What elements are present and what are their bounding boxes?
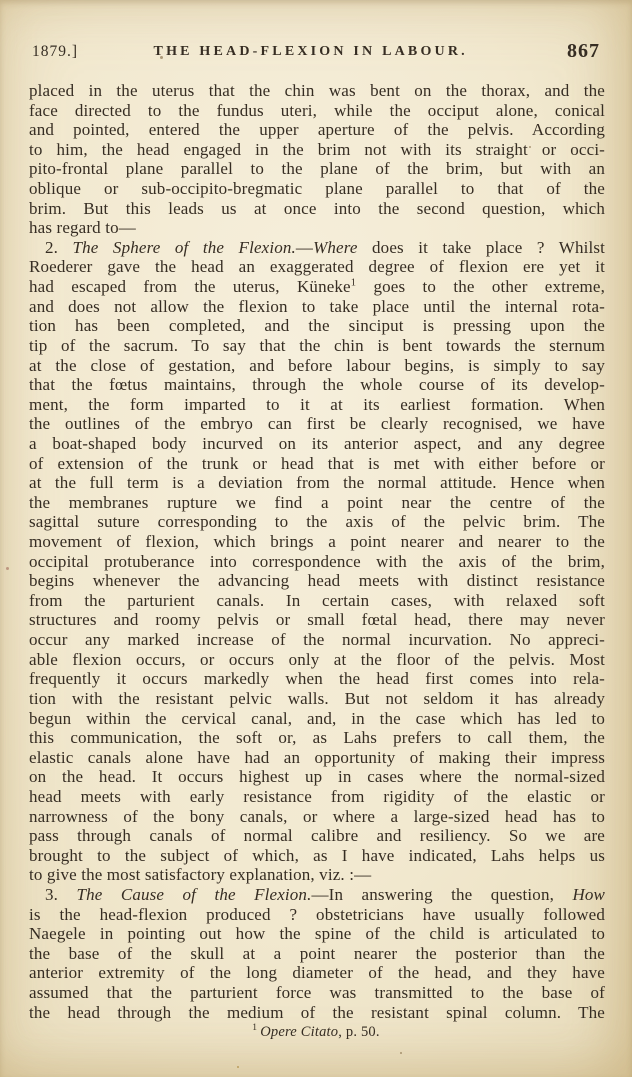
paper-speck <box>400 1052 402 1054</box>
text-segment: this communication, the soft or, as Lahs… <box>29 728 605 747</box>
text-line: Naegele in pointing out how the spine of… <box>29 924 605 944</box>
body-text: placed in the uterus that the chin was b… <box>29 81 605 1022</box>
text-segment: movement of flexion, which brings a poin… <box>29 532 605 551</box>
text-line: ment, the form imparted to it at its ear… <box>29 395 605 415</box>
text-line: is the head-flexion produced ? obstetric… <box>29 905 605 925</box>
text-segment: tip of the sacrum. To say that the chin … <box>29 336 605 355</box>
text-line: assumed that the parturient force was tr… <box>29 983 605 1003</box>
text-line: 3. The Cause of the Flexion.—In answerin… <box>29 885 605 905</box>
text-line: begins whenever the advancing head meets… <box>29 571 605 591</box>
text-line: begun within the cervical canal, and, in… <box>29 709 605 729</box>
text-segment: to him, the head engaged in the brim not… <box>29 140 605 159</box>
text-segment: The Cause of the Flexion. <box>76 885 311 904</box>
text-segment: tion has been completed, and the sincipu… <box>29 316 605 335</box>
text-line: to give the most satisfactory explanatio… <box>29 865 605 885</box>
text-segment: the base of the skull at a point nearer … <box>29 944 605 963</box>
text-segment: placed in the uterus that the chin was b… <box>29 81 605 100</box>
text-segment: Where <box>313 238 358 257</box>
text-segment: head meets with early resistance from ri… <box>29 787 605 806</box>
text-segment: How <box>572 885 605 904</box>
text-segment: the outlines of the embryo can first be … <box>29 414 605 433</box>
text-segment: had escaped from the uterus, Küneke <box>29 277 351 296</box>
text-segment: sagittal suture corresponding to the axi… <box>29 512 605 531</box>
scanned-page: 1879.] THE HEAD-FLEXION IN LABOUR. 867 p… <box>0 0 632 1077</box>
text-line: narrowness of the bony canals, or where … <box>29 807 605 827</box>
text-segment: that the fœtus maintains, through the wh… <box>29 375 605 394</box>
text-segment: on the head. It occurs highest up in cas… <box>29 767 605 786</box>
text-segment: a boat-shaped body incurved on its anter… <box>29 434 605 453</box>
text-segment: of extension of the trunk or head that i… <box>29 454 605 473</box>
text-segment: the membranes rupture we find a point ne… <box>29 493 605 512</box>
text-line: tip of the sacrum. To say that the chin … <box>29 336 605 356</box>
text-segment: ment, the form imparted to it at its ear… <box>29 395 605 414</box>
text-line: the head through the medium of the resis… <box>29 1003 605 1023</box>
text-line: placed in the uterus that the chin was b… <box>29 81 605 101</box>
text-segment: Naegele in pointing out how the spine of… <box>29 924 605 943</box>
text-segment: brought to the subject of which, as I ha… <box>29 846 605 865</box>
text-line: face directed to the fundus uteri, while… <box>29 101 605 121</box>
text-line: and does not allow the flexion to take p… <box>29 297 605 317</box>
footnote: 1Opere Citato, p. 50. <box>0 1024 632 1041</box>
page-header: 1879.] THE HEAD-FLEXION IN LABOUR. 867 <box>30 40 604 62</box>
text-segment: at the close of gestation, and before la… <box>29 356 605 375</box>
text-line: sagittal suture corresponding to the axi… <box>29 512 605 532</box>
text-line: tion has been completed, and the sincipu… <box>29 316 605 336</box>
text-line: frequently it occurs markedly when the h… <box>29 669 605 689</box>
text-line: movement of flexion, which brings a poin… <box>29 532 605 552</box>
footnote-work-title: Opere Citato <box>260 1024 338 1040</box>
text-line: pito-frontal plane parallel to the plane… <box>29 159 605 179</box>
text-segment: occipital protuberance into corresponden… <box>29 552 605 571</box>
text-line: the base of the skull at a point nearer … <box>29 944 605 964</box>
text-segment: and does not allow the flexion to take p… <box>29 297 605 316</box>
header-year: 1879.] <box>32 43 78 61</box>
text-segment: elastic canals alone have had an opportu… <box>29 748 605 767</box>
text-line: head meets with early resistance from ri… <box>29 787 605 807</box>
text-segment: is the head-flexion produced ? obstetric… <box>29 905 605 924</box>
text-segment: —In answering the question, <box>311 885 572 904</box>
text-segment: — <box>296 238 313 257</box>
text-segment: The Sphere of the Flexion. <box>73 238 296 257</box>
text-segment: oblique or sub-occipito-bregmatic plane … <box>29 179 605 198</box>
running-title: THE HEAD-FLEXION IN LABOUR. <box>154 44 468 60</box>
text-line: to him, the head engaged in the brim not… <box>29 140 605 160</box>
footnote-marker: 1 <box>252 1023 257 1033</box>
text-line: had escaped from the uterus, Küneke1 goe… <box>29 277 605 297</box>
text-segment: anterior extremity of the long diameter … <box>29 963 605 982</box>
text-segment: goes to the other extreme, <box>356 277 605 296</box>
paper-speck <box>160 56 163 59</box>
text-segment: narrowness of the bony canals, or where … <box>29 807 605 826</box>
text-segment: structures and roomy pelvis or small fœt… <box>29 610 605 629</box>
text-line: brim. But this leads us at once into the… <box>29 199 605 219</box>
text-line: brought to the subject of which, as I ha… <box>29 846 605 866</box>
text-line: tion with the resistant pelvic walls. Bu… <box>29 689 605 709</box>
text-segment: the head through the medium of the resis… <box>29 1003 605 1022</box>
text-line: occur any marked increase of the normal … <box>29 630 605 650</box>
text-line: Roederer gave the head an exaggerated de… <box>29 257 605 277</box>
text-line: elastic canals alone have had an opportu… <box>29 748 605 768</box>
text-segment: from the parturient canals. In certain c… <box>29 591 605 610</box>
text-line: on the head. It occurs highest up in cas… <box>29 767 605 787</box>
text-segment: assumed that the parturient force was tr… <box>29 983 605 1002</box>
text-segment: begins whenever the advancing head meets… <box>29 571 605 590</box>
text-line: 2. The Sphere of the Flexion.—Where does… <box>29 238 605 258</box>
text-segment: occur any marked increase of the normal … <box>29 630 605 649</box>
text-line: this communication, the soft or, as Lahs… <box>29 728 605 748</box>
text-segment: frequently it occurs markedly when the h… <box>29 669 605 688</box>
text-segment: and pointed, entered the upper aperture … <box>29 120 605 139</box>
text-segment: tion with the resistant pelvic walls. Bu… <box>29 689 605 708</box>
text-line: occipital protuberance into corresponden… <box>29 552 605 572</box>
text-segment: 2. <box>45 238 73 257</box>
text-line: and pointed, entered the upper aperture … <box>29 120 605 140</box>
text-line: pass through canals of normal calibre an… <box>29 826 605 846</box>
text-segment: does it take place ? Whilst <box>358 238 605 257</box>
text-line: oblique or sub-occipito-bregmatic plane … <box>29 179 605 199</box>
text-line: a boat-shaped body incurved on its anter… <box>29 434 605 454</box>
text-segment: able flexion occurs, or occurs only at t… <box>29 650 605 669</box>
text-segment: face directed to the fundus uteri, while… <box>29 101 605 120</box>
text-segment: pito-frontal plane parallel to the plane… <box>29 159 605 178</box>
text-segment: to give the most satisfactory explanatio… <box>29 865 371 884</box>
text-line: anterior extremity of the long diameter … <box>29 963 605 983</box>
text-segment: begun within the cervical canal, and, in… <box>29 709 605 728</box>
text-segment: has regard to— <box>29 218 136 237</box>
paper-speck <box>529 146 531 148</box>
text-line: able flexion occurs, or occurs only at t… <box>29 650 605 670</box>
text-line: that the fœtus maintains, through the wh… <box>29 375 605 395</box>
text-line: at the full term is a deviation from the… <box>29 473 605 493</box>
page-number: 867 <box>567 40 600 63</box>
text-line: from the parturient canals. In certain c… <box>29 591 605 611</box>
text-segment: pass through canals of normal calibre an… <box>29 826 605 845</box>
paper-speck <box>6 567 9 570</box>
text-segment: 3. <box>45 885 76 904</box>
footnote-page-ref: , p. 50. <box>338 1024 379 1040</box>
text-line: structures and roomy pelvis or small fœt… <box>29 610 605 630</box>
paper-speck <box>237 1066 239 1068</box>
text-line: the outlines of the embryo can first be … <box>29 414 605 434</box>
text-line: at the close of gestation, and before la… <box>29 356 605 376</box>
text-line: the membranes rupture we find a point ne… <box>29 493 605 513</box>
text-line: of extension of the trunk or head that i… <box>29 454 605 474</box>
text-line: has regard to— <box>29 218 605 238</box>
text-segment: Roederer gave the head an exaggerated de… <box>29 257 605 276</box>
text-segment: at the full term is a deviation from the… <box>29 473 605 492</box>
text-segment: brim. But this leads us at once into the… <box>29 199 605 218</box>
